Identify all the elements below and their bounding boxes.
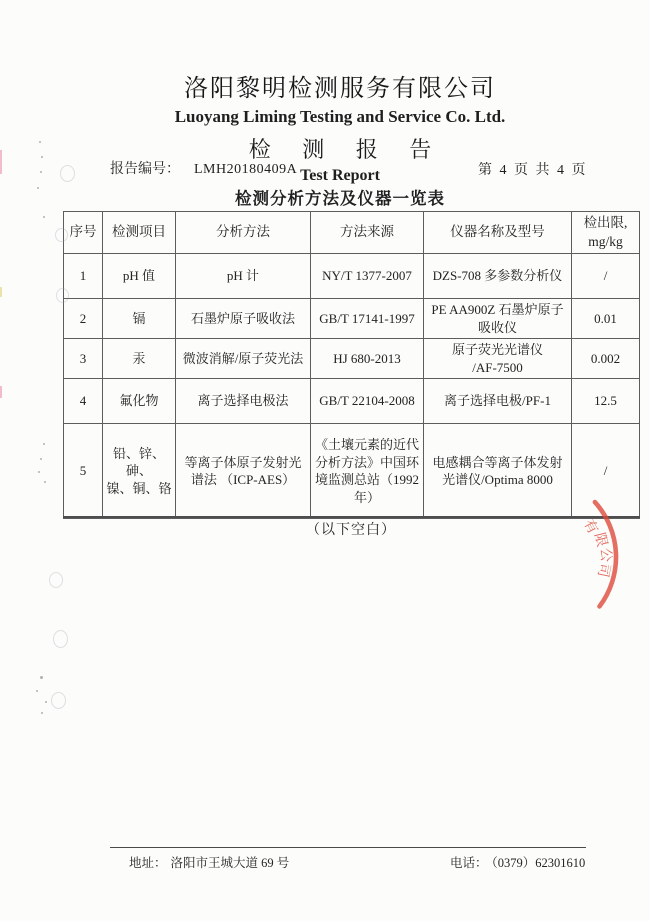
- cell-method: 等离子体原子发射光 谱法 （ICP-AES）: [176, 424, 311, 519]
- cell-instrument: DZS-708 多参数分析仪: [424, 254, 572, 299]
- phone-value: （0379）62301610: [492, 856, 586, 870]
- company-name-en: Luoyang Liming Testing and Service Co. L…: [15, 107, 650, 127]
- col-header-no: 序号: [64, 212, 103, 254]
- seal-char: 公: [597, 548, 612, 563]
- scan-artifact: [37, 187, 39, 189]
- report-number: 报告编号：LMH20180409A: [110, 158, 297, 178]
- scan-artifact: [0, 386, 2, 398]
- cell-no: 1: [64, 254, 103, 299]
- scan-artifact: [39, 141, 41, 143]
- table-row: 4 氟化物 离子选择电极法 GB/T 22104-2008 离子选择电极/PF-…: [64, 379, 640, 424]
- cell-method: pH 计: [176, 254, 311, 299]
- blank-below-note: （以下空白）: [63, 519, 639, 539]
- address-value: 洛阳市王城大道 69 号: [171, 856, 290, 870]
- cell-item: 铅、锌、砷、 镍、铜、铬: [103, 424, 176, 519]
- cell-instrument: PE AA900Z 石墨炉原子 吸收仪: [424, 299, 572, 339]
- table-row: 2 镉 石墨炉原子吸收法 GB/T 17141-1997 PE AA900Z 石…: [64, 299, 640, 339]
- cell-source: GB/T 17141-1997: [311, 299, 424, 339]
- cell-source: HJ 680-2013: [311, 339, 424, 379]
- scan-artifact: [55, 228, 68, 242]
- scan-artifact: [40, 171, 42, 173]
- col-header-item: 检测项目: [103, 212, 176, 254]
- scanned-report-page: 洛阳黎明检测服务有限公司 Luoyang Liming Testing and …: [0, 0, 650, 921]
- scan-artifact: [41, 156, 43, 158]
- scan-artifact: [53, 630, 68, 648]
- cell-source: NY/T 1377-2007: [311, 254, 424, 299]
- cell-item: 汞: [103, 339, 176, 379]
- col-header-instrument: 仪器名称及型号: [424, 212, 572, 254]
- cell-source: 《土壤元素的近代 分析方法》中国环 境监测总站（1992 年）: [311, 424, 424, 519]
- seal-char: 司: [594, 562, 612, 579]
- cell-source: GB/T 22104-2008: [311, 379, 424, 424]
- scan-artifact: [40, 676, 43, 679]
- footer-phone: 电话：（0379）62301610: [450, 853, 585, 871]
- footer-rule: [110, 847, 586, 848]
- cell-limit: /: [572, 254, 640, 299]
- cell-limit: 0.002: [572, 339, 640, 379]
- col-header-source: 方法来源: [311, 212, 424, 254]
- cell-method: 离子选择电极法: [176, 379, 311, 424]
- scan-artifact: [44, 481, 46, 483]
- cell-instrument: 离子选择电极/PF-1: [424, 379, 572, 424]
- scan-artifact: [41, 712, 43, 714]
- cell-item: 镉: [103, 299, 176, 339]
- phone-label: 电话：: [450, 856, 488, 870]
- cell-limit: 12.5: [572, 379, 640, 424]
- table-bottom-rule: [63, 516, 640, 518]
- cell-limit: /: [572, 424, 640, 519]
- cell-item: 氟化物: [103, 379, 176, 424]
- table-row: 1 pH 值 pH 计 NY/T 1377-2007 DZS-708 多参数分析…: [64, 254, 640, 299]
- scan-artifact: [40, 458, 42, 460]
- scan-artifact: [43, 216, 45, 218]
- cell-method: 微波消解/原子荧光法: [176, 339, 311, 379]
- scan-artifact: [0, 150, 2, 174]
- cell-no: 5: [64, 424, 103, 519]
- footer-address: 地址：洛阳市王城大道 69 号: [129, 853, 289, 871]
- report-number-label: 报告编号：: [110, 162, 180, 177]
- cell-no: 2: [64, 299, 103, 339]
- cell-item: pH 值: [103, 254, 176, 299]
- cell-no: 3: [64, 339, 103, 379]
- scan-artifact: [43, 443, 45, 445]
- scan-artifact: [49, 572, 63, 588]
- address-label: 地址：: [129, 856, 167, 870]
- cell-instrument: 电感耦合等离子体发射 光谱仪/Optima 8000: [424, 424, 572, 519]
- col-header-method: 分析方法: [176, 212, 311, 254]
- scan-artifact: [36, 690, 38, 692]
- report-number-value: LMH20180409A: [194, 162, 297, 177]
- company-name-cn: 洛阳黎明检测服务有限公司: [15, 68, 650, 103]
- scan-artifact: [60, 165, 75, 182]
- table-row: 5 铅、锌、砷、 镍、铜、铬 等离子体原子发射光 谱法 （ICP-AES） 《土…: [64, 424, 640, 519]
- table-header-row: 序号 检测项目 分析方法 方法来源 仪器名称及型号 检出限, mg/kg: [64, 212, 640, 254]
- scan-artifact: [0, 287, 2, 297]
- scan-artifact: [38, 471, 40, 473]
- table-title: 检测分析方法及仪器一览表: [15, 185, 650, 209]
- scan-artifact: [51, 692, 66, 709]
- cell-no: 4: [64, 379, 103, 424]
- methods-instruments-table: 序号 检测项目 分析方法 方法来源 仪器名称及型号 检出限, mg/kg 1 p…: [63, 211, 640, 519]
- cell-instrument: 原子荧光光谱仪 /AF-7500: [424, 339, 572, 379]
- scan-artifact: [56, 288, 69, 303]
- table-row: 3 汞 微波消解/原子荧光法 HJ 680-2013 原子荧光光谱仪 /AF-7…: [64, 339, 640, 379]
- scan-artifact: [45, 701, 47, 703]
- cell-method: 石墨炉原子吸收法: [176, 299, 311, 339]
- col-header-limit: 检出限, mg/kg: [572, 212, 640, 254]
- cell-limit: 0.01: [572, 299, 640, 339]
- page-indicator: 第 4 页 共 4 页: [478, 159, 588, 179]
